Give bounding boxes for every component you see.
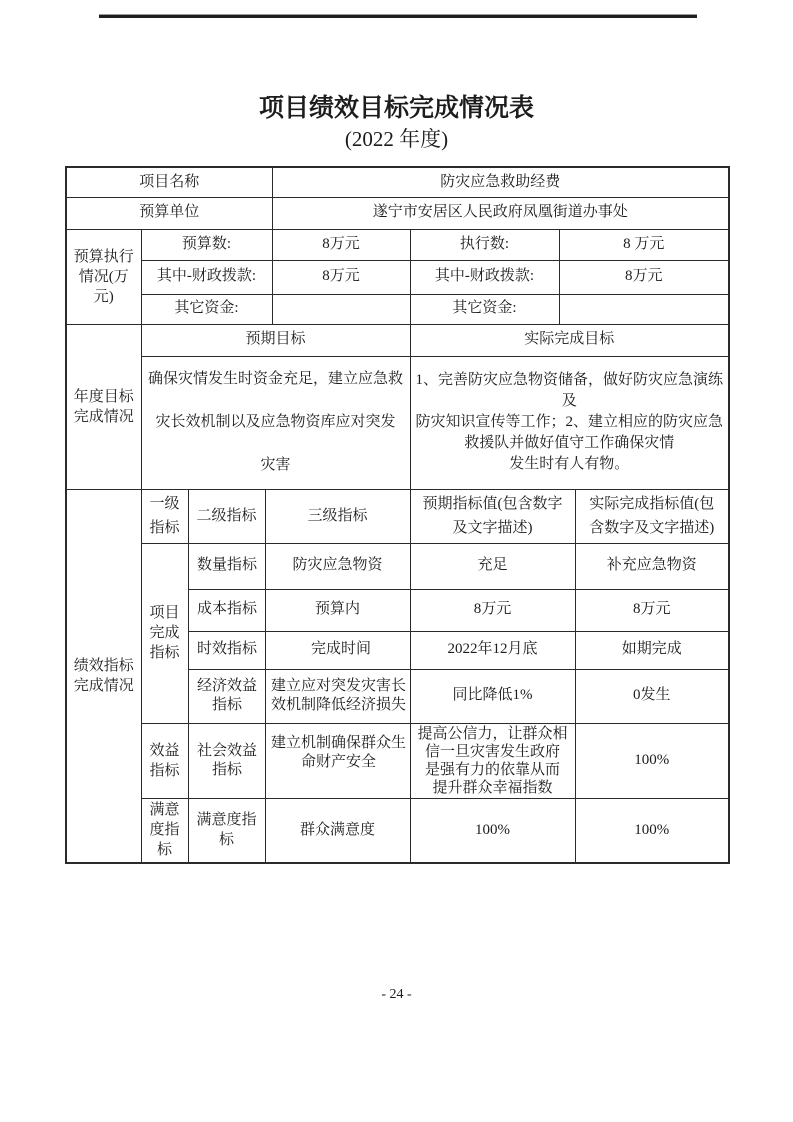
header-expected: 预期指标值(包含数字 及文字描述) — [410, 489, 575, 543]
indicator-actual: 补充应急物资 — [575, 543, 729, 589]
budget-label: 其它资金: — [410, 294, 559, 324]
budget-label: 预算数: — [141, 229, 272, 260]
indicator-actual: 如期完成 — [575, 631, 729, 669]
budget-label: 其它资金: — [141, 294, 272, 324]
annual-goal-section-label: 年度目标 完成情况 — [66, 324, 141, 489]
document-page: 项目绩效目标完成情况表 (2022 年度) 项目名称 防灾应急救助经费 预算单位… — [0, 0, 793, 1122]
indicator-level3: 建立应对突发灾害长 效机制降低经济损失 — [265, 669, 410, 723]
budget-value: 8万元 — [272, 260, 410, 294]
perf-section-label: 绩效指标 完成情况 — [66, 489, 141, 863]
indicator-expected: 100% — [410, 798, 575, 863]
indicator-expected: 提高公信力，让群众相 信一旦灾害发生政府 是强有力的依靠从而 提升群众幸福指数 — [410, 723, 575, 798]
budget-value: 8万元 — [559, 260, 729, 294]
indicator-level2: 经济效益 指标 — [188, 669, 265, 723]
budget-label: 其中-财政拨款: — [141, 260, 272, 294]
indicator-actual: 0发生 — [575, 669, 729, 723]
indicator-level3: 预算内 — [265, 589, 410, 631]
group-benefit-label: 效益 指标 — [141, 723, 188, 798]
indicator-level3: 完成时间 — [265, 631, 410, 669]
indicator-level2: 成本指标 — [188, 589, 265, 631]
budget-value: 8 万元 — [559, 229, 729, 260]
indicator-level2: 社会效益 指标 — [188, 723, 265, 798]
indicator-actual: 100% — [575, 723, 729, 798]
indicator-level2: 满意度指 标 — [188, 798, 265, 863]
expected-goal-text: 确保灾情发生时资金充足，建立应急救 灾长效机制以及应急物资库应对突发 灾害 — [141, 356, 410, 489]
budget-value: 8万元 — [272, 229, 410, 260]
budget-exec-section-label: 预算执行 情况(万 元) — [66, 229, 141, 324]
indicator-expected: 同比降低1% — [410, 669, 575, 723]
header-rule — [99, 14, 697, 18]
expected-goal-header: 预期目标 — [141, 324, 410, 356]
budget-label: 其中-财政拨款: — [410, 260, 559, 294]
indicator-level3: 群众满意度 — [265, 798, 410, 863]
page-title: 项目绩效目标完成情况表 — [0, 94, 793, 123]
performance-table: 项目名称 防灾应急救助经费 预算单位 遂宁市安居区人民政府凤凰街道办事处 预算执… — [65, 166, 730, 864]
indicator-actual: 100% — [575, 798, 729, 863]
budget-value — [272, 294, 410, 324]
header-level1: 一级 指标 — [141, 489, 188, 543]
indicator-level3: 防灾应急物资 — [265, 543, 410, 589]
budget-label: 执行数: — [410, 229, 559, 260]
group-project-label: 项目 完成 指标 — [141, 543, 188, 723]
group-satisfaction-label: 满意 度指 标 — [141, 798, 188, 863]
indicator-expected: 2022年12月底 — [410, 631, 575, 669]
header-actual: 实际完成指标值(包 含数字及文字描述) — [575, 489, 729, 543]
page-subtitle: (2022 年度) — [0, 127, 793, 152]
project-name-value: 防灾应急救助经费 — [272, 167, 729, 197]
indicator-level2: 数量指标 — [188, 543, 265, 589]
actual-goal-header: 实际完成目标 — [410, 324, 729, 356]
indicator-level3: 建立机制确保群众生 命财产安全 — [265, 723, 410, 798]
header-level3: 三级指标 — [265, 489, 410, 543]
indicator-actual: 8万元 — [575, 589, 729, 631]
budget-value — [559, 294, 729, 324]
project-name-label: 项目名称 — [66, 167, 272, 197]
indicator-expected: 充足 — [410, 543, 575, 589]
budget-unit-value: 遂宁市安居区人民政府凤凰街道办事处 — [272, 197, 729, 229]
budget-unit-label: 预算单位 — [66, 197, 272, 229]
actual-goal-text: 1、完善防灾应急物资储备，做好防灾应急演练及 防灾知识宣传等工作；2、建立相应的… — [410, 356, 729, 489]
indicator-expected: 8万元 — [410, 589, 575, 631]
indicator-level2: 时效指标 — [188, 631, 265, 669]
page-number: - 24 - — [0, 987, 793, 1003]
header-level2: 二级指标 — [188, 489, 265, 543]
